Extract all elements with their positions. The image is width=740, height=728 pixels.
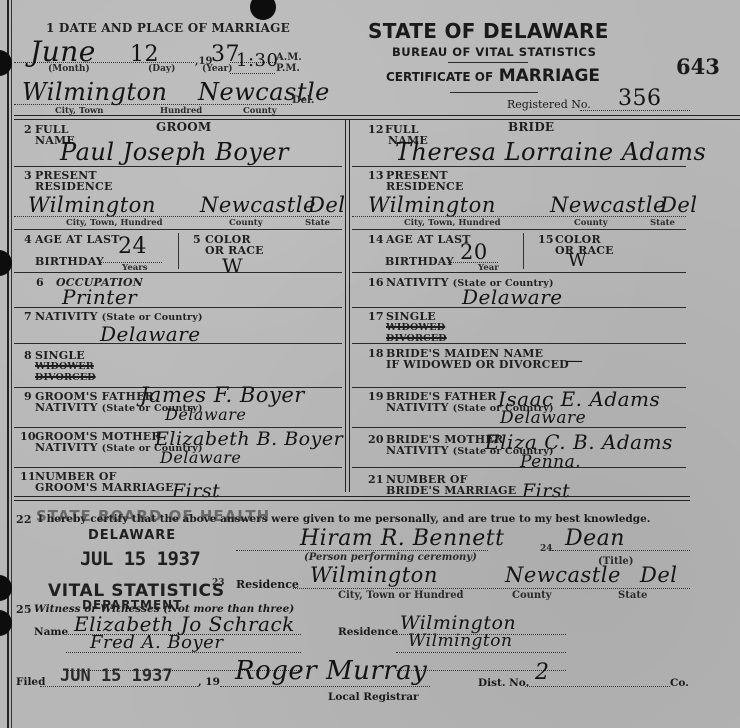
witness-name-label: Name bbox=[34, 626, 68, 638]
f10-num: 10 bbox=[20, 431, 36, 443]
marriage-time: 1:30 bbox=[236, 50, 278, 71]
time-line bbox=[230, 73, 275, 74]
section1-label: 1 DATE AND PLACE OF MARRIAGE bbox=[46, 22, 290, 34]
groom-res-state: Del bbox=[308, 193, 345, 217]
groom-father-nativity: Delaware bbox=[165, 405, 246, 424]
f9-label-text: NATIVITY bbox=[35, 401, 98, 414]
witness-res-line bbox=[396, 652, 566, 653]
certificate-title: Certificate of MARRIAGE bbox=[386, 66, 600, 86]
filed-stamp: JUN 15 1937 bbox=[60, 666, 173, 686]
residence-line bbox=[352, 216, 686, 217]
f15-num: 15 bbox=[538, 234, 554, 246]
residence-label: Residence bbox=[236, 578, 299, 591]
groom-mother-name: Elizabeth B. Boyer bbox=[155, 428, 343, 450]
am-label: A.M. bbox=[276, 52, 302, 63]
f19-num: 19 bbox=[368, 391, 384, 403]
officiant-label: (Person performing ceremony) bbox=[304, 552, 477, 563]
bride-nativity: Delaware bbox=[462, 285, 563, 309]
f20-num: 20 bbox=[368, 434, 384, 446]
groom-city-label: City, Town, Hundred bbox=[66, 218, 163, 228]
witness-name-2: Fred A. Boyer bbox=[90, 632, 223, 653]
bride-city-label: City, Town, Hundred bbox=[404, 218, 501, 228]
f14-num: 14 bbox=[368, 234, 384, 246]
residence-line bbox=[293, 588, 690, 589]
row-line bbox=[352, 166, 686, 167]
registrar-signature: Roger Murray bbox=[235, 656, 427, 686]
f7-label-text: NATIVITY bbox=[35, 310, 98, 323]
f9-num: 9 bbox=[24, 391, 32, 403]
f13-label: RESIDENCE bbox=[386, 181, 464, 193]
dist-number: 2 bbox=[535, 660, 550, 685]
punch-hole bbox=[250, 0, 276, 20]
f8-num: 8 bbox=[24, 350, 32, 362]
f4-label: AGE AT LAST bbox=[35, 234, 120, 246]
filed-line bbox=[40, 686, 198, 687]
f8-divorced: DIVORCED bbox=[35, 372, 96, 384]
registrar-line bbox=[220, 686, 430, 687]
f6-num: 6 bbox=[36, 277, 44, 289]
f21-num: 21 bbox=[368, 474, 384, 486]
bride-father-nativity: Delaware bbox=[500, 408, 586, 428]
bride-mother-name: Eliza C. B. Adams bbox=[485, 430, 673, 454]
row-line bbox=[352, 343, 686, 344]
f16-num: 16 bbox=[368, 277, 384, 289]
bride-res-city: Wilmington bbox=[368, 193, 496, 217]
column-divider bbox=[349, 120, 350, 492]
row-line bbox=[14, 166, 342, 167]
co-label: Co. bbox=[670, 677, 689, 689]
row-line bbox=[14, 307, 342, 308]
state-suffix: Del. bbox=[292, 95, 314, 106]
month-label: (Month) bbox=[48, 64, 90, 74]
divider bbox=[450, 92, 538, 93]
f3-num: 3 bbox=[24, 170, 32, 182]
column-divider bbox=[345, 120, 346, 492]
registered-label: Registered No. bbox=[507, 98, 591, 111]
bureau-title: BUREAU OF VITAL STATISTICS bbox=[392, 45, 596, 59]
marriage-city: Wilmington bbox=[22, 78, 167, 106]
header-divider bbox=[14, 115, 740, 120]
f2-num: 2 bbox=[24, 124, 32, 136]
officiant-res-state: Del bbox=[640, 563, 677, 587]
bride-res-state: Del bbox=[660, 193, 697, 217]
f11-num: 11 bbox=[20, 471, 36, 483]
f4-num: 4 bbox=[24, 234, 32, 246]
bride-full-name: Theresa Lorraine Adams bbox=[395, 138, 706, 166]
f5-num: 5 bbox=[193, 234, 201, 246]
f19-label-text: NATIVITY bbox=[386, 401, 449, 414]
state-title: STATE OF DELAWARE bbox=[368, 19, 609, 43]
row-line bbox=[352, 229, 686, 230]
certificate-prefix: Certificate of bbox=[386, 70, 493, 84]
f4-label: BIRTHDAY bbox=[35, 256, 104, 268]
f25-num: 25 bbox=[16, 604, 32, 616]
filed-year-prefix: , 19 bbox=[198, 676, 220, 688]
groom-occupation: Printer bbox=[62, 285, 137, 309]
groom-county-label: County bbox=[229, 218, 263, 228]
officiant-res-county: Newcastle bbox=[505, 563, 621, 587]
f12-num: 12 bbox=[368, 124, 384, 136]
row-line bbox=[352, 467, 686, 468]
officiant-state-label: State bbox=[618, 590, 647, 601]
bride-maiden-name: — bbox=[565, 350, 584, 371]
bride-state-label: State bbox=[650, 218, 675, 228]
divider bbox=[448, 62, 528, 63]
stamp-board: STATE BOARD OF HEALTH bbox=[36, 507, 270, 525]
groom-age: 24 bbox=[118, 234, 147, 259]
groom-full-name: Paul Joseph Boyer bbox=[60, 138, 289, 166]
year-label: (Year) bbox=[202, 64, 232, 74]
groom-res-city: Wilmington bbox=[28, 193, 156, 217]
f24-num: 24 bbox=[540, 544, 553, 554]
groom-heading: GROOM bbox=[156, 121, 211, 133]
row-line bbox=[352, 272, 686, 273]
file-number: 643 bbox=[676, 54, 720, 79]
officiant-signature: Hiram R. Bennett bbox=[300, 526, 505, 551]
officiant-res-city: Wilmington bbox=[310, 563, 438, 587]
registrar-label: Local Registrar bbox=[328, 691, 419, 703]
row-line bbox=[14, 229, 342, 230]
officiant-city-label: City, Town or Hundred bbox=[338, 590, 464, 601]
dist-label: Dist. No. bbox=[478, 677, 529, 689]
cell-divider bbox=[523, 233, 524, 269]
cell-divider bbox=[178, 233, 179, 269]
row-line bbox=[352, 427, 686, 428]
bride-age: 20 bbox=[460, 240, 488, 264]
row-line bbox=[14, 467, 342, 468]
f10-label-text: NATIVITY bbox=[35, 441, 98, 454]
groom-father-name: James F. Boyer bbox=[140, 383, 305, 407]
groom-mother-nativity: Delaware bbox=[160, 448, 241, 467]
witness-residence-2: Wilmington bbox=[408, 631, 512, 651]
f14-label: BIRTHDAY bbox=[385, 256, 454, 268]
bride-race: W bbox=[568, 250, 587, 271]
stamp-delaware: DELAWARE bbox=[88, 528, 176, 543]
f20-label-text: NATIVITY bbox=[386, 444, 449, 457]
f13-num: 13 bbox=[368, 170, 384, 182]
section-divider bbox=[14, 496, 690, 501]
marriage-certificate: 1 DATE AND PLACE OF MARRIAGE STATE OF DE… bbox=[0, 0, 740, 728]
f16-label-text: NATIVITY bbox=[386, 276, 449, 289]
f17-num: 17 bbox=[368, 311, 384, 323]
groom-race: W bbox=[222, 254, 243, 278]
certificate-word: MARRIAGE bbox=[499, 66, 600, 86]
row-line bbox=[14, 272, 342, 273]
groom-state-label: State bbox=[305, 218, 330, 228]
witness-residence-label: Residence bbox=[338, 626, 398, 638]
day-label: (Day) bbox=[148, 64, 175, 74]
bride-county-label: County bbox=[574, 218, 608, 228]
f7-num: 7 bbox=[24, 311, 32, 323]
bride-mother-nativity: Penna. bbox=[520, 452, 581, 472]
stamp-department: DEPARTMENT bbox=[82, 598, 182, 612]
f14-label: AGE AT LAST bbox=[386, 234, 471, 246]
officiant-county-label: County bbox=[512, 590, 552, 601]
residence-line bbox=[14, 216, 342, 217]
f3-label: RESIDENCE bbox=[35, 181, 113, 193]
bride-res-county: Newcastle bbox=[550, 193, 666, 217]
f18-label: IF WIDOWED OR DIVORCED bbox=[386, 359, 569, 371]
bride-heading: BRIDE bbox=[508, 121, 554, 133]
groom-res-county: Newcastle bbox=[200, 193, 316, 217]
pm-label: P.M. bbox=[276, 63, 300, 74]
f18-num: 18 bbox=[368, 348, 384, 360]
officiant-title: Dean bbox=[565, 526, 625, 551]
stamp-date: JUL 15 1937 bbox=[80, 548, 200, 570]
f11-label: GROOM'S MARRIAGE bbox=[35, 482, 174, 494]
row-line bbox=[14, 343, 342, 344]
row-line bbox=[352, 307, 686, 308]
dist-line bbox=[525, 686, 670, 687]
registered-number: 356 bbox=[618, 86, 662, 111]
f22-num: 22 bbox=[16, 514, 32, 526]
